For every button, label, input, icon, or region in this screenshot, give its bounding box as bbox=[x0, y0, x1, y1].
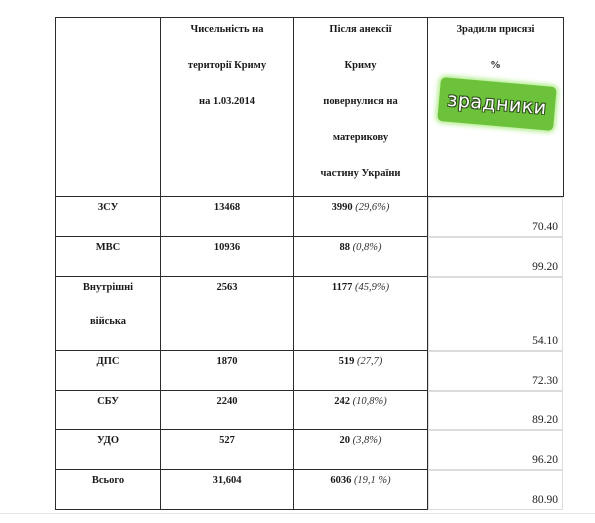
returned-cell: 20 (3,8%) bbox=[293, 429, 428, 470]
betrayed-percent-cell: 89.20 bbox=[428, 391, 563, 430]
betrayed-percent-cell: 99.20 bbox=[428, 237, 563, 277]
betrayed-percent-value: 54.10 bbox=[532, 335, 558, 347]
unit-name: ДПС bbox=[56, 356, 160, 368]
betrayed-percent-value: 96.20 bbox=[532, 454, 558, 466]
header-text-line: повернулися на bbox=[294, 96, 427, 108]
population-cell: 527 bbox=[160, 429, 294, 470]
unit-name-cell: ДПС bbox=[55, 350, 161, 391]
unit-name-cell: Всього bbox=[55, 469, 161, 510]
returned-percent: (29,6%) bbox=[355, 202, 389, 213]
header-text-line: материкову bbox=[294, 132, 427, 144]
returned-cell: 1177 (45,9%) bbox=[293, 276, 428, 351]
returned-value: 3990 bbox=[332, 202, 353, 213]
population-value: 13468 bbox=[214, 202, 240, 213]
returned-percent: (27,7) bbox=[357, 356, 382, 367]
returned-percent: (19,1 %) bbox=[354, 475, 391, 486]
population-value: 2240 bbox=[217, 396, 238, 407]
unit-name: МВС bbox=[56, 242, 160, 254]
unit-name: СБУ bbox=[56, 396, 160, 408]
returned-value: 88 bbox=[340, 242, 351, 253]
unit-name-cell: МВС bbox=[55, 236, 161, 277]
header-text-line: % bbox=[428, 60, 563, 72]
population-value: 2563 bbox=[217, 282, 238, 293]
population-value: 527 bbox=[219, 435, 235, 446]
unit-name-cell: СБУ bbox=[55, 390, 161, 430]
population-value: 1870 bbox=[217, 356, 238, 367]
unit-name-cell: УДО bbox=[55, 429, 161, 470]
returned-value: 242 bbox=[334, 396, 350, 407]
unit-name: Внутрішні bbox=[56, 282, 160, 294]
returned-percent: (10,8%) bbox=[353, 396, 387, 407]
header-text-line: Зрадили присязі bbox=[428, 24, 563, 36]
betrayed-percent-value: 89.20 bbox=[532, 414, 558, 426]
population-cell: 10936 bbox=[160, 236, 294, 277]
betrayed-percent-value: 80.90 bbox=[532, 494, 558, 506]
returned-cell: 6036 (19,1 %) bbox=[293, 469, 428, 510]
page-bottom-divider bbox=[0, 513, 595, 514]
unit-name-cell: Внутрішнівійська bbox=[55, 276, 161, 351]
betrayed-percent-cell: 96.20 bbox=[428, 430, 563, 470]
population-cell: 31,604 bbox=[160, 469, 294, 510]
unit-name-cell: ЗСУ bbox=[55, 196, 161, 237]
returned-percent: (0,8%) bbox=[353, 242, 382, 253]
population-cell: 2240 bbox=[160, 390, 294, 430]
population-column-header: Чисельність натериторії Кримуна 1.03.201… bbox=[160, 17, 294, 197]
betrayed-percent-cell: 72.30 bbox=[428, 351, 563, 391]
returned-value: 519 bbox=[339, 356, 355, 367]
returned-cell: 3990 (29,6%) bbox=[293, 196, 428, 237]
returned-column-header: Після анексіїКримуповернулися наматерико… bbox=[293, 17, 428, 197]
returned-percent: (3,8%) bbox=[353, 435, 382, 446]
population-value: 31,604 bbox=[213, 475, 242, 486]
returned-cell: 88 (0,8%) bbox=[293, 236, 428, 277]
returned-value: 1177 bbox=[332, 282, 352, 293]
betrayed-percent-cell: 54.10 bbox=[428, 277, 563, 351]
unit-name: Всього bbox=[56, 475, 160, 487]
returned-value: 6036 bbox=[330, 475, 351, 486]
population-cell: 1870 bbox=[160, 350, 294, 391]
population-cell: 2563 bbox=[160, 276, 294, 351]
header-text-line: Криму bbox=[294, 60, 427, 72]
header-text-line: території Криму bbox=[161, 60, 293, 72]
unit-name: ЗСУ bbox=[56, 202, 160, 214]
returned-cell: 519 (27,7) bbox=[293, 350, 428, 391]
header-text-line: частину України bbox=[294, 168, 427, 180]
betrayed-percent-value: 99.20 bbox=[532, 261, 558, 273]
betrayed-percent-cell: 80.90 bbox=[428, 470, 563, 510]
unit-column-header bbox=[55, 17, 161, 197]
population-cell: 13468 bbox=[160, 196, 294, 237]
population-value: 10936 bbox=[214, 242, 240, 253]
returned-percent: (45,9%) bbox=[355, 282, 389, 293]
unit-name: УДО bbox=[56, 435, 160, 447]
header-text-line: на 1.03.2014 bbox=[161, 96, 293, 108]
betrayed-percent-cell: 70.40 bbox=[428, 197, 563, 237]
betrayed-percent-value: 70.40 bbox=[532, 221, 558, 233]
sticker-label: зрадники bbox=[446, 89, 547, 120]
returned-cell: 242 (10,8%) bbox=[293, 390, 428, 430]
returned-value: 20 bbox=[340, 435, 351, 446]
betrayed-percent-value: 72.30 bbox=[532, 375, 558, 387]
header-text-line: Чисельність на bbox=[161, 24, 293, 36]
unit-name: війська bbox=[56, 316, 160, 328]
header-text-line: Після анексії bbox=[294, 24, 427, 36]
